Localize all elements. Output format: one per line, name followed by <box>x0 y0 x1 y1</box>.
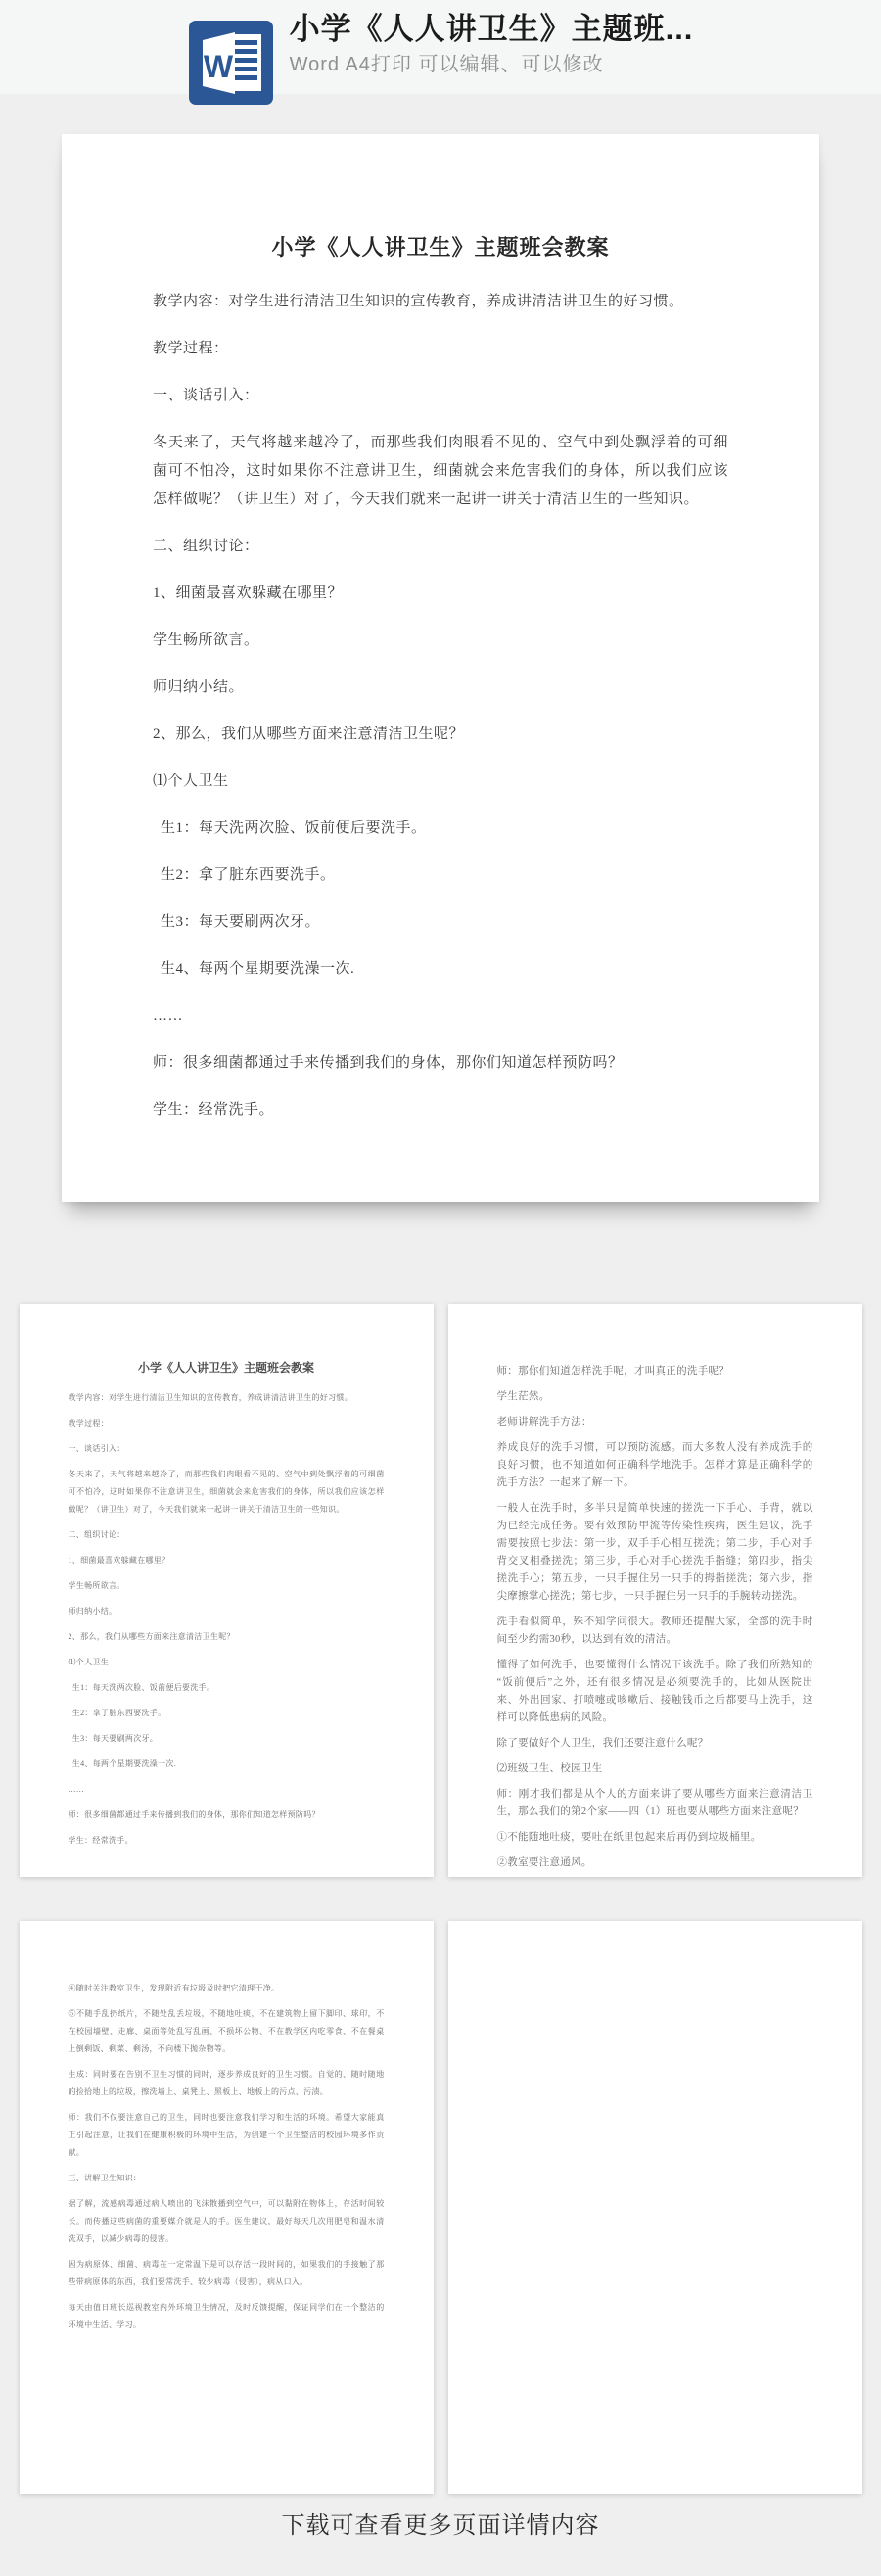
document-paragraph: 生1：每天洗两次脸、饭前便后要洗手。 <box>153 815 728 843</box>
thumbnail-paragraph: 师归纳小结。 <box>69 1603 385 1620</box>
thumbnail-paragraph: 每天由值日班长巡视教室内外环境卫生情况，及时反馈提醒，保证同学们在一个整洁的环境… <box>69 2299 385 2334</box>
document-page-title: 小学《人人讲卫生》主题班会教案 <box>153 232 728 262</box>
thumbnail-paragraph: 生2：拿了脏东西要洗手。 <box>69 1705 385 1722</box>
thumbnail-paragraph: 生4、每两个星期要洗澡一次. <box>69 1756 385 1773</box>
document-paragraph: 2、那么，我们从哪些方面来注意清洁卫生呢？ <box>153 721 728 749</box>
thumbnail-paragraph: 据了解，流感病毒通过病人喷出的飞沫散播到空气中，可以黏附在物体上，存活时间较长。… <box>69 2195 385 2248</box>
document-paragraph: 1、细菌最喜欢躲藏在哪里？ <box>153 580 728 608</box>
document-paragraph: 冬天来了，天气将越来越冷了，而那些我们肉眼看不见的、空气中到处飘浮着的可细菌可不… <box>153 429 728 514</box>
document-paragraph: 生3：每天要刷两次牙。 <box>153 909 728 937</box>
thumbnail-paragraph: 三、讲解卫生知识： <box>69 2170 385 2187</box>
thumbnail-paragraph: 二、组织讨论： <box>69 1526 385 1544</box>
document-paragraph: 师归纳小结。 <box>153 674 728 702</box>
page-thumbnail[interactable]: ④随时关注教室卫生，发现附近有垃圾及时把它清理干净。⑤不随手乱扔纸片，不随处乱丢… <box>20 1921 434 2494</box>
word-file-icon: W <box>188 20 274 106</box>
thumbnail-paragraph: 师：很多细菌都通过手来传播到我们的身体，那你们知道怎样预防吗？ <box>69 1806 385 1824</box>
document-page-body: 教学内容：对学生进行清洁卫生知识的宣传教育，养成讲清洁讲卫生的好习惯。 教学过程… <box>153 288 728 1125</box>
header-text: 小学《人人讲卫生》主题班... Word A4打印 可以编辑、可以修改 <box>290 0 694 77</box>
document-paragraph: 学生畅所欲言。 <box>153 627 728 655</box>
thumbnail-paragraph: 冬天来了，天气将越来越冷了，而那些我们肉眼看不见的、空气中到处飘浮着的可细菌可不… <box>69 1466 385 1519</box>
thumbnail-page-title: 小学《人人讲卫生》主题班会教案 <box>69 1359 385 1376</box>
thumbnail-paragraph: ①不能随地吐痰，要吐在纸里包起来后再仍到垃圾桶里。 <box>497 1829 813 1847</box>
document-paragraph: …… <box>153 1003 728 1031</box>
document-paragraph: 教学过程： <box>153 335 728 363</box>
thumbnail-paragraph: 懂得了如何洗手，也要懂得什么情况下该洗手。除了我们所熟知的“饭前便后”之外，还有… <box>497 1657 813 1727</box>
thumbnail-paragraph: 养成良好的洗手习惯，可以预防流感。而大多数人没有养成洗手的良好习惯，也不知道如何… <box>497 1439 813 1492</box>
thumbnail-paragraph: ②教室要注意通风。 <box>497 1854 813 1872</box>
thumbnail-paragraph: 学生：经常洗手。 <box>69 1832 385 1850</box>
thumbnail-paragraph: 师：那你们知道怎样洗手呢，才叫真正的洗手呢？ <box>497 1363 813 1381</box>
doc-subtitle: Word A4打印 可以编辑、可以修改 <box>290 52 694 77</box>
thumbnail-paragraph: 教学过程： <box>69 1415 385 1432</box>
document-paragraph: 生4、每两个星期要洗澡一次. <box>153 956 728 984</box>
document-paragraph: ⑴个人卫生 <box>153 768 728 796</box>
thumbnail-paragraph: …… <box>69 1781 385 1799</box>
thumbnail-paragraph: ⑤不随手乱扔纸片，不随处乱丢垃圾，不随地吐痰，不在建筑物上留下脚印、球印，不在校… <box>69 2005 385 2058</box>
page: { "header": { "doc_title": "小学《人人讲卫生》主题班… <box>0 0 881 2576</box>
thumbnail-paragraph: 一般人在洗手时，多半只是简单快速的搓洗一下手心、手背，就以为已经完成任务。要有效… <box>497 1500 813 1606</box>
thumbnail-paragraph: ⑵班级卫生、校园卫生 <box>497 1760 813 1778</box>
thumbnail-paragraph: 1、细菌最喜欢躲藏在哪里？ <box>69 1552 385 1569</box>
thumbnail-paragraph: 生3：每天要刷两次牙。 <box>69 1730 385 1748</box>
page-thumbnail[interactable] <box>448 1921 862 2494</box>
thumbnail-paragraph: 生成：同时要在告别不卫生习惯的同时，逐步养成良好的卫生习惯。自觉的、随时随地的捡… <box>69 2066 385 2101</box>
main-page-preview[interactable]: 小学《人人讲卫生》主题班会教案 教学内容：对学生进行清洁卫生知识的宣传教育，养成… <box>62 134 819 1202</box>
thumbnail-paragraph: 老师讲解洗手方法： <box>497 1414 813 1431</box>
document-paragraph: 师：很多细菌都通过手来传播到我们的身体，那你们知道怎样预防吗？ <box>153 1050 728 1078</box>
svg-text:W: W <box>203 49 233 84</box>
doc-title: 小学《人人讲卫生》主题班... <box>290 10 694 49</box>
document-paragraph: 生2：拿了脏东西要洗手。 <box>153 862 728 890</box>
thumbnail-paragraph: 洗手看似简单，殊不知学问很大。教师还提醒大家，全部的洗手时间至少约需30秒，以达… <box>497 1614 813 1649</box>
page-thumbnail[interactable]: 小学《人人讲卫生》主题班会教案教学内容：对学生进行清洁卫生知识的宣传教育，养成讲… <box>20 1304 434 1877</box>
thumbnail-paragraph: 学生畅所欲言。 <box>69 1577 385 1595</box>
header: W 小学《人人讲卫生》主题班... Word A4打印 可以编辑、可以修改 <box>0 0 881 94</box>
thumbnail-paragraph: 生1：每天洗两次脸、饭前便后要洗手。 <box>69 1679 385 1697</box>
thumbnail-paragraph: ⑴个人卫生 <box>69 1654 385 1671</box>
download-hint: 下载可查看更多页面详情内容 <box>0 2509 881 2543</box>
thumbnail-paragraph: 教学内容：对学生进行清洁卫生知识的宣传教育，养成讲清洁讲卫生的好习惯。 <box>69 1389 385 1407</box>
page-thumbnail[interactable]: 师：那你们知道怎样洗手呢，才叫真正的洗手呢？学生茫然。老师讲解洗手方法：养成良好… <box>448 1304 862 1877</box>
thumbnail-paragraph: 学生茫然。 <box>497 1388 813 1406</box>
thumbnail-paragraph: 一、谈话引入： <box>69 1440 385 1458</box>
thumbnail-paragraph: ④随时关注教室卫生，发现附近有垃圾及时把它清理干净。 <box>69 1980 385 1997</box>
document-paragraph: 一、谈话引入： <box>153 382 728 410</box>
document-paragraph: 二、组织讨论： <box>153 533 728 561</box>
document-paragraph: 学生：经常洗手。 <box>153 1097 728 1125</box>
thumbnail-paragraph: 师：刚才我们都是从个人的方面来讲了要从哪些方面来注意清洁卫生，那么我们的第2个家… <box>497 1786 813 1821</box>
thumbnail-paragraph: 师：我们不仅要注意自己的卫生，同时也要注意我们学习和生活的环境。希望大家能真正引… <box>69 2109 385 2162</box>
thumbnail-paragraph: 除了要做好个人卫生，我们还要注意什么呢？ <box>497 1735 813 1753</box>
thumbnail-paragraph: 2、那么，我们从哪些方面来注意清洁卫生呢？ <box>69 1628 385 1646</box>
document-paragraph: 教学内容：对学生进行清洁卫生知识的宣传教育，养成讲清洁讲卫生的好习惯。 <box>153 288 728 316</box>
thumbnail-grid: 小学《人人讲卫生》主题班会教案教学内容：对学生进行清洁卫生知识的宣传教育，养成讲… <box>20 1304 862 2494</box>
thumbnail-paragraph: 因为病原体、细菌、病毒在一定常温下是可以存活一段时间的，如果我们的手接触了那些带… <box>69 2256 385 2291</box>
